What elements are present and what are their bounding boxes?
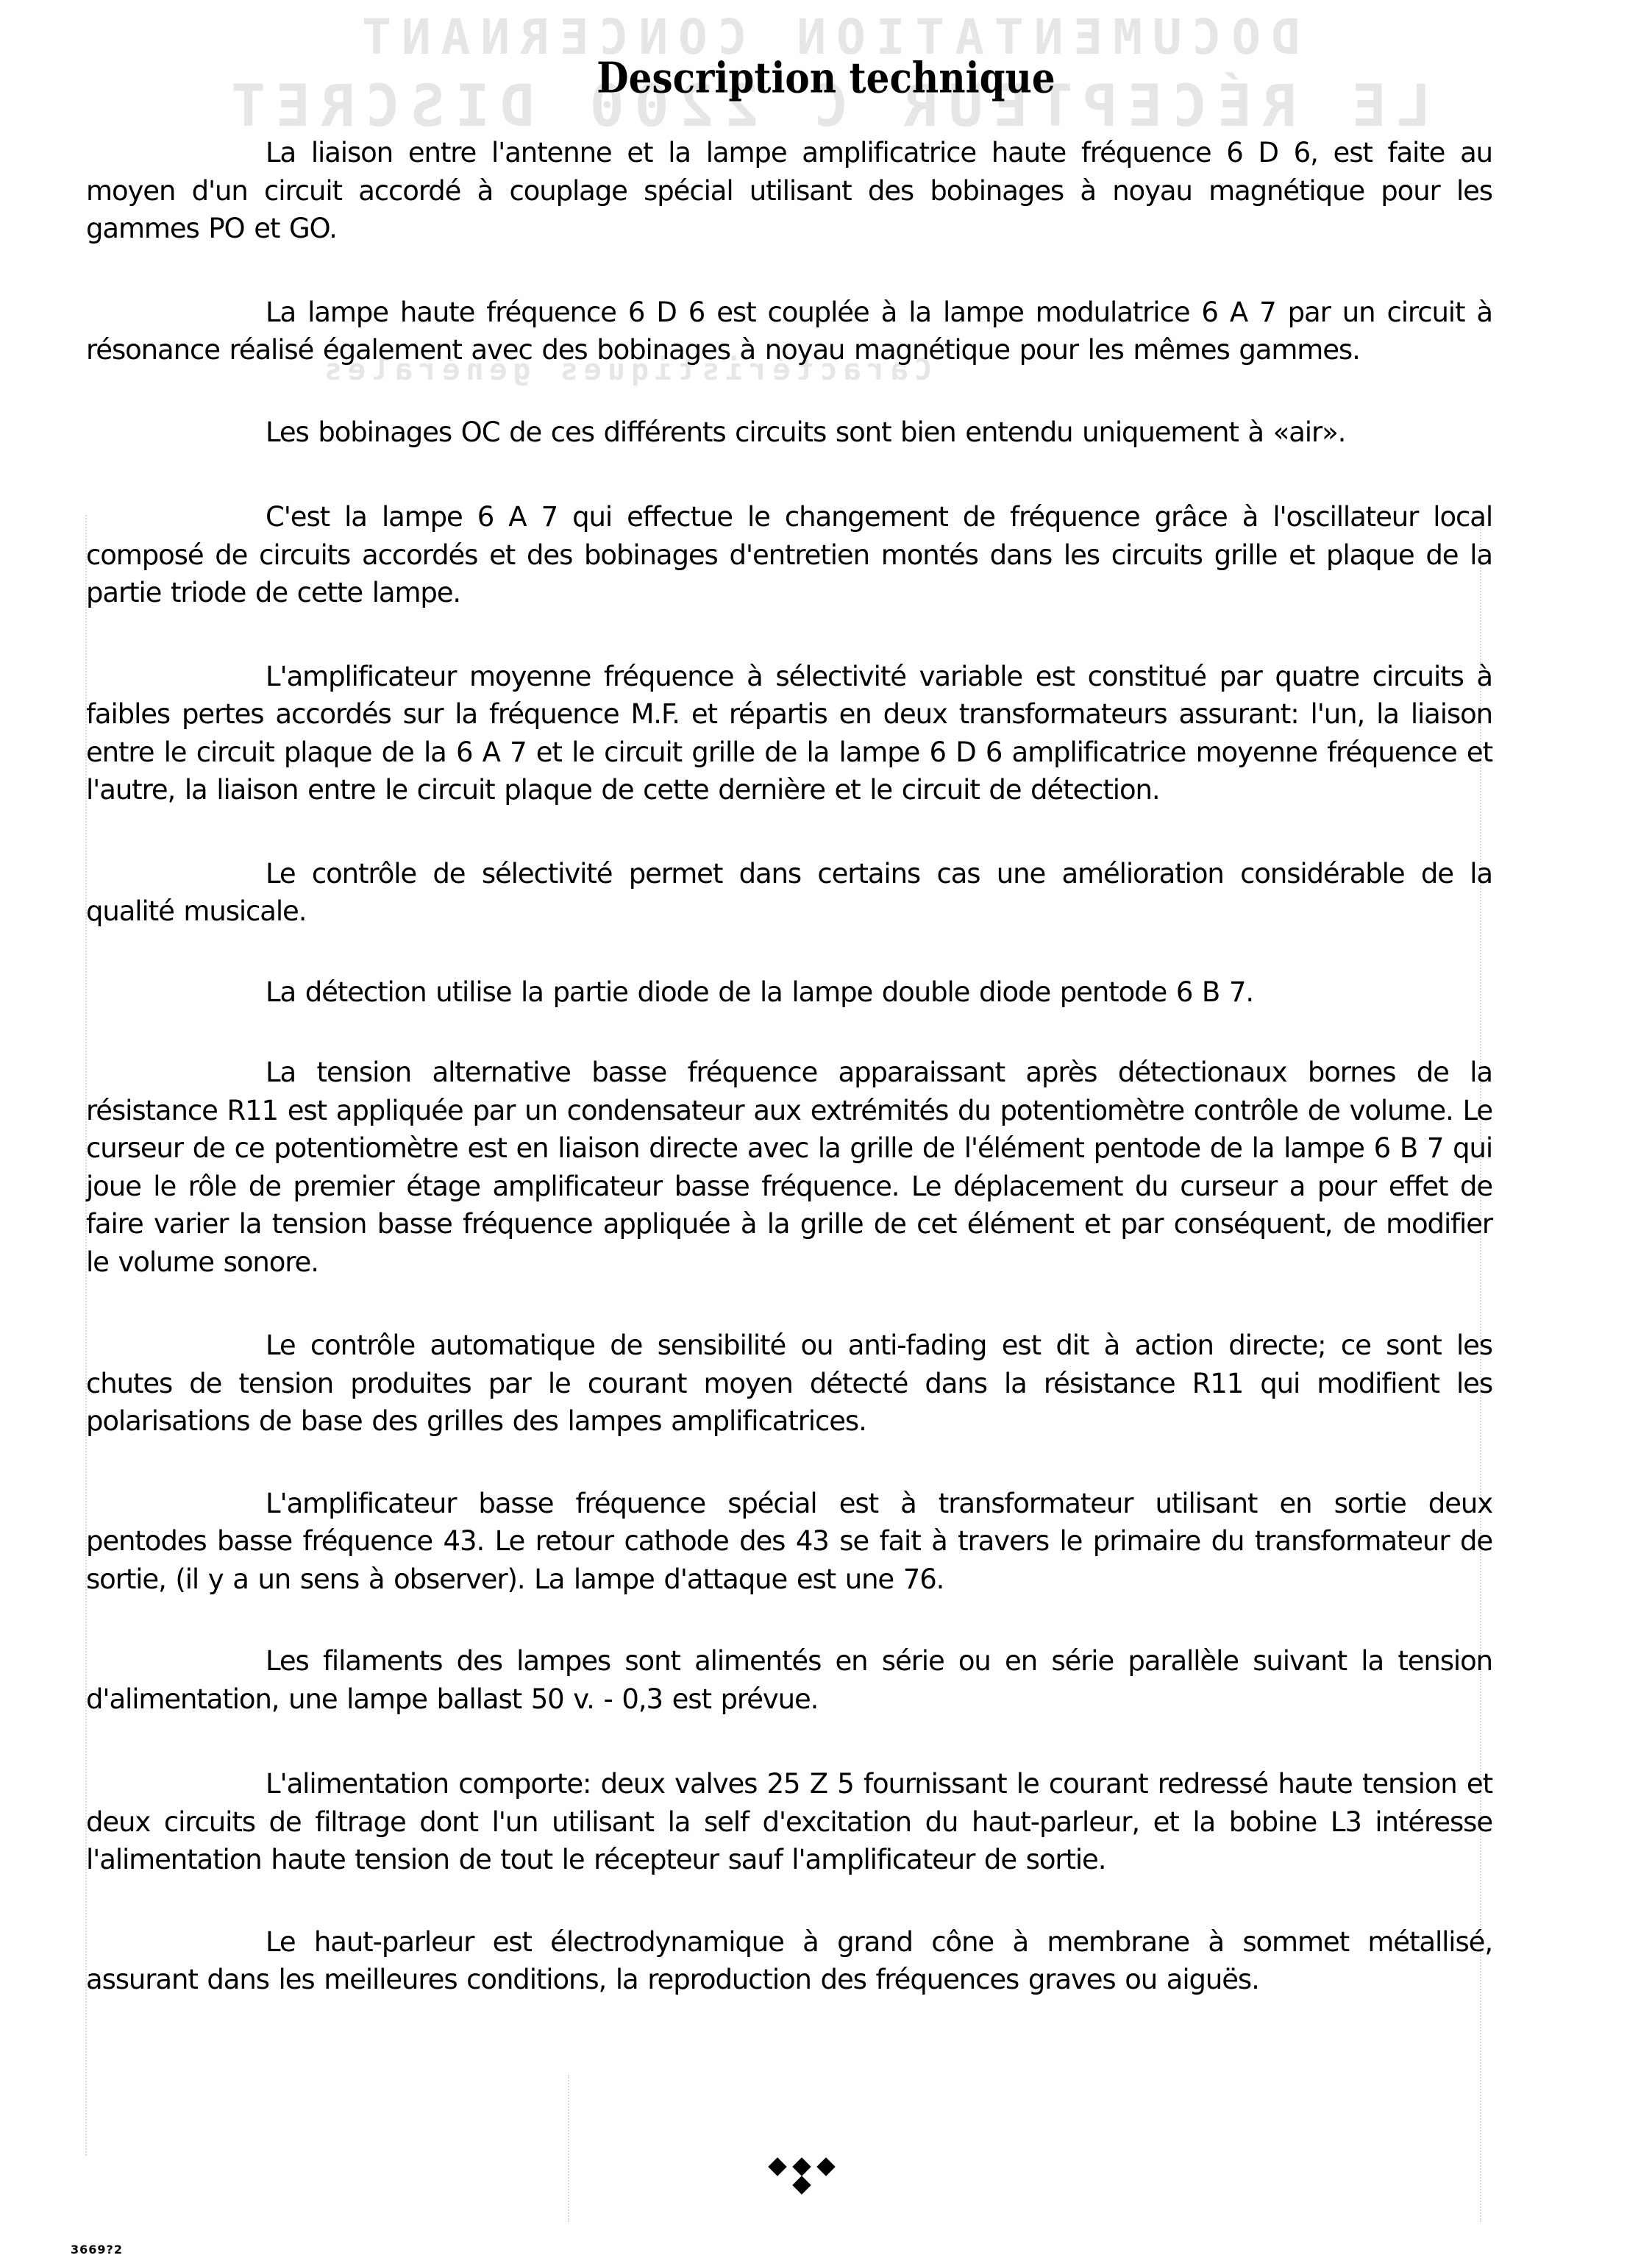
print-code: 3669?2	[71, 2243, 123, 2257]
paragraph-selectivity-control: Le contrôle de sélectivité permet dans c…	[86, 855, 1492, 931]
paragraph-frequency-change: C'est la lampe 6 A 7 qui effectue le cha…	[86, 498, 1492, 612]
diamond-icon	[816, 2157, 835, 2176]
diamond-icon	[792, 2157, 811, 2176]
paragraph-antenna-coupling: La liaison entre l'antenne et la lampe a…	[86, 134, 1492, 248]
paragraph-loudspeaker: Le haut-parleur est électrodynamique à g…	[86, 1923, 1492, 1999]
diamond-icon	[792, 2176, 811, 2194]
paragraph-detection: La détection utilise la partie diode de …	[86, 973, 1492, 1012]
paragraph-anti-fading: Le contrôle automatique de sensibilité o…	[86, 1327, 1492, 1441]
body-text: La liaison entre l'antenne et la lampe a…	[86, 134, 1492, 2040]
paragraph-lf-amplifier: L'amplificateur basse fréquence spécial …	[86, 1485, 1492, 1599]
paragraph-oc-coils: Les bobinages OC de ces différents circu…	[86, 413, 1492, 452]
diamond-icon	[768, 2157, 786, 2176]
paragraph-if-amplifier: L'amplificateur moyenne fréquence à séle…	[86, 658, 1492, 809]
margin-guide-center	[568, 2075, 569, 2222]
paragraph-hf-lamp: La lampe haute fréquence 6 D 6 est coupl…	[86, 294, 1492, 369]
paragraph-power-supply: L'alimentation comporte: deux valves 25 …	[86, 1765, 1492, 1879]
page-title: Description technique	[0, 53, 1652, 103]
paragraph-volume-control: La tension alternative basse fréquence a…	[86, 1054, 1492, 1281]
paragraph-filaments: Les filaments des lampes sont alimentés …	[86, 1642, 1492, 1718]
fleuron-ornament-icon	[765, 2154, 839, 2213]
